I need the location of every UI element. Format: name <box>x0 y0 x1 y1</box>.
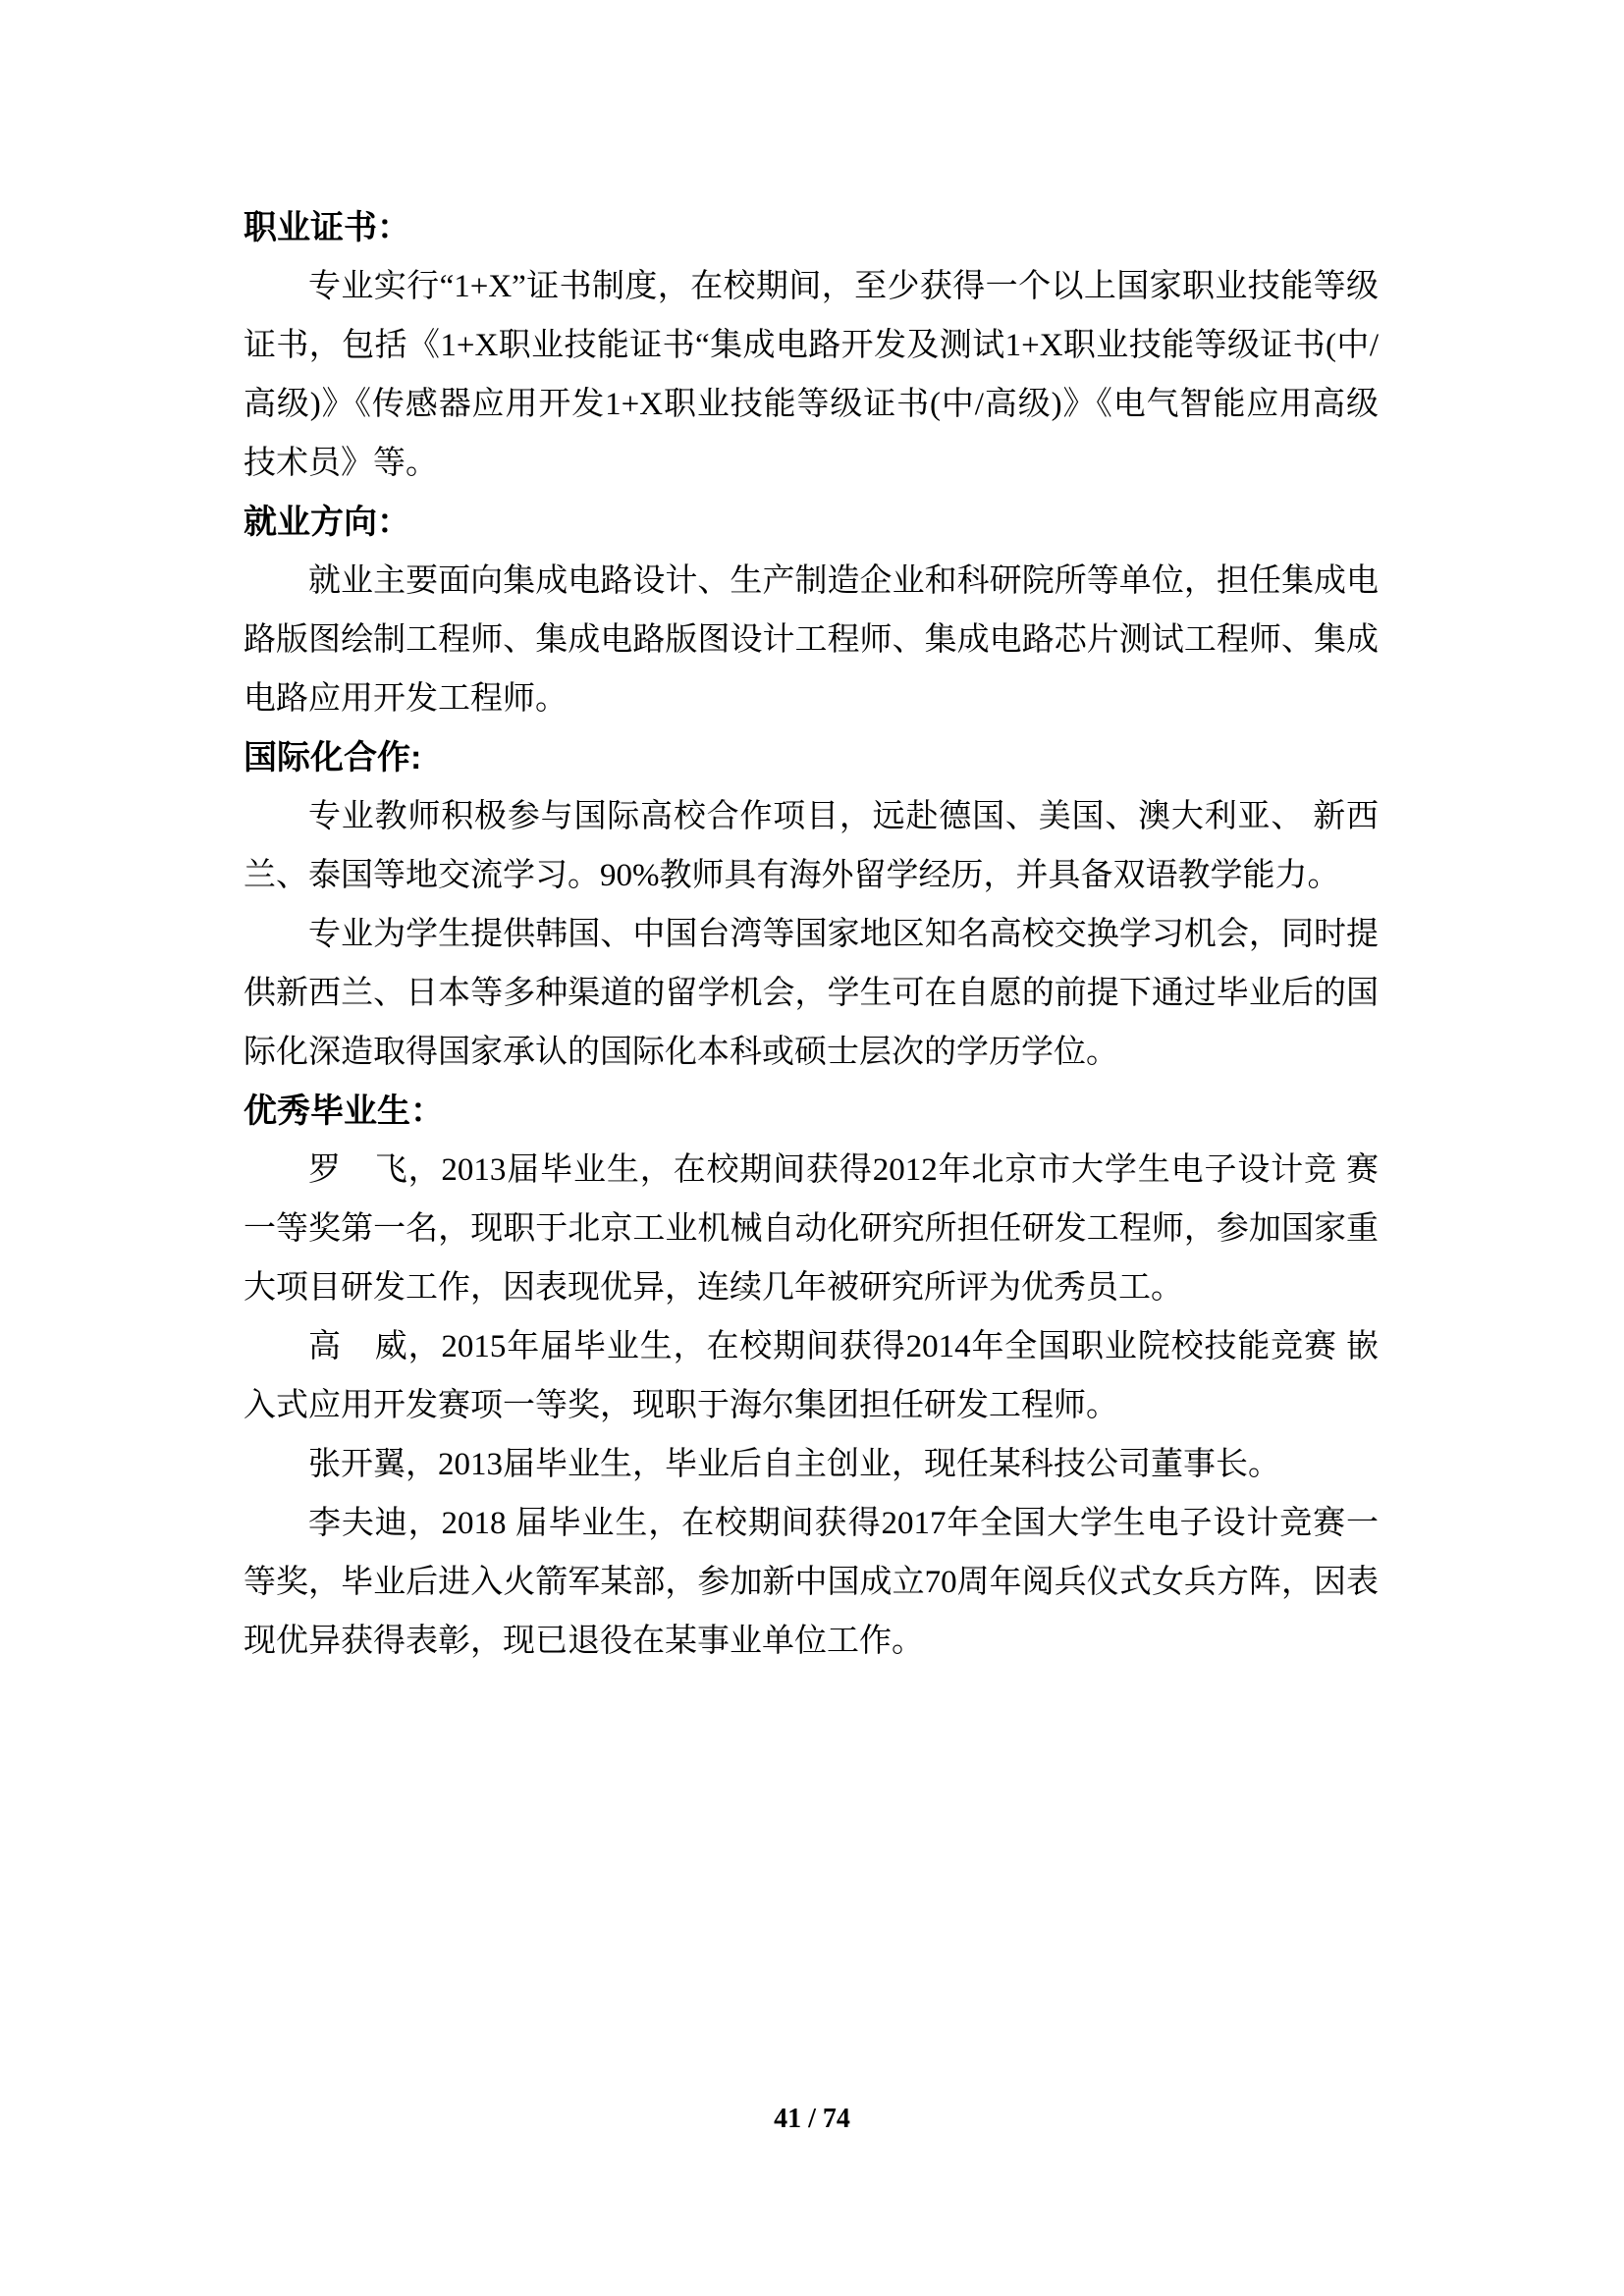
section-heading-international-cooperation: 国际化合作: <box>244 728 1379 787</box>
paragraph: 就业主要面向集成电路设计、生产制造企业和科研院所等单位，担任集成电路版图绘制工程… <box>244 552 1379 728</box>
paragraph: 专业为学生提供韩国、中国台湾等国家地区知名高校交换学习机会，同时提供新西兰、日本… <box>244 905 1379 1082</box>
section-heading-outstanding-graduates: 优秀毕业生： <box>244 1082 1379 1141</box>
document-page: 职业证书： 专业实行“1+X”证书制度，在校期间，至少获得一个以上国家职业技能等… <box>0 0 1624 2296</box>
section-heading-employment-direction: 就业方向： <box>244 493 1379 552</box>
paragraph: 专业教师积极参与国际高校合作项目，远赴德国、美国、澳大利亚、 新西兰、泰国等地交… <box>244 787 1379 905</box>
page-number: 41 / 74 <box>774 2104 850 2134</box>
page-footer: 41 / 74 <box>0 2103 1624 2136</box>
paragraph: 李夫迪，2018 届毕业生，在校期间获得2017年全国大学生电子设计竞赛一等奖，… <box>244 1494 1379 1671</box>
section-outstanding-graduates: 优秀毕业生： 罗 飞，2013届毕业生，在校期间获得2012年北京市大学生电子设… <box>244 1082 1379 1671</box>
paragraph: 张开翼，2013届毕业生，毕业后自主创业，现任某科技公司董事长。 <box>244 1435 1379 1494</box>
paragraph: 罗 飞，2013届毕业生，在校期间获得2012年北京市大学生电子设计竞 赛一等奖… <box>244 1141 1379 1317</box>
section-vocational-certificates: 职业证书： 专业实行“1+X”证书制度，在校期间，至少获得一个以上国家职业技能等… <box>244 198 1379 493</box>
section-heading-vocational-certificates: 职业证书： <box>244 198 1379 257</box>
paragraph: 高 威，2015年届毕业生，在校期间获得2014年全国职业院校技能竞赛 嵌入式应… <box>244 1317 1379 1435</box>
section-international-cooperation: 国际化合作: 专业教师积极参与国际高校合作项目，远赴德国、美国、澳大利亚、 新西… <box>244 728 1379 1082</box>
document-content: 职业证书： 专业实行“1+X”证书制度，在校期间，至少获得一个以上国家职业技能等… <box>244 198 1379 1671</box>
paragraph: 专业实行“1+X”证书制度，在校期间，至少获得一个以上国家职业技能等级证书，包括… <box>244 257 1379 493</box>
section-employment-direction: 就业方向： 就业主要面向集成电路设计、生产制造企业和科研院所等单位，担任集成电路… <box>244 493 1379 728</box>
